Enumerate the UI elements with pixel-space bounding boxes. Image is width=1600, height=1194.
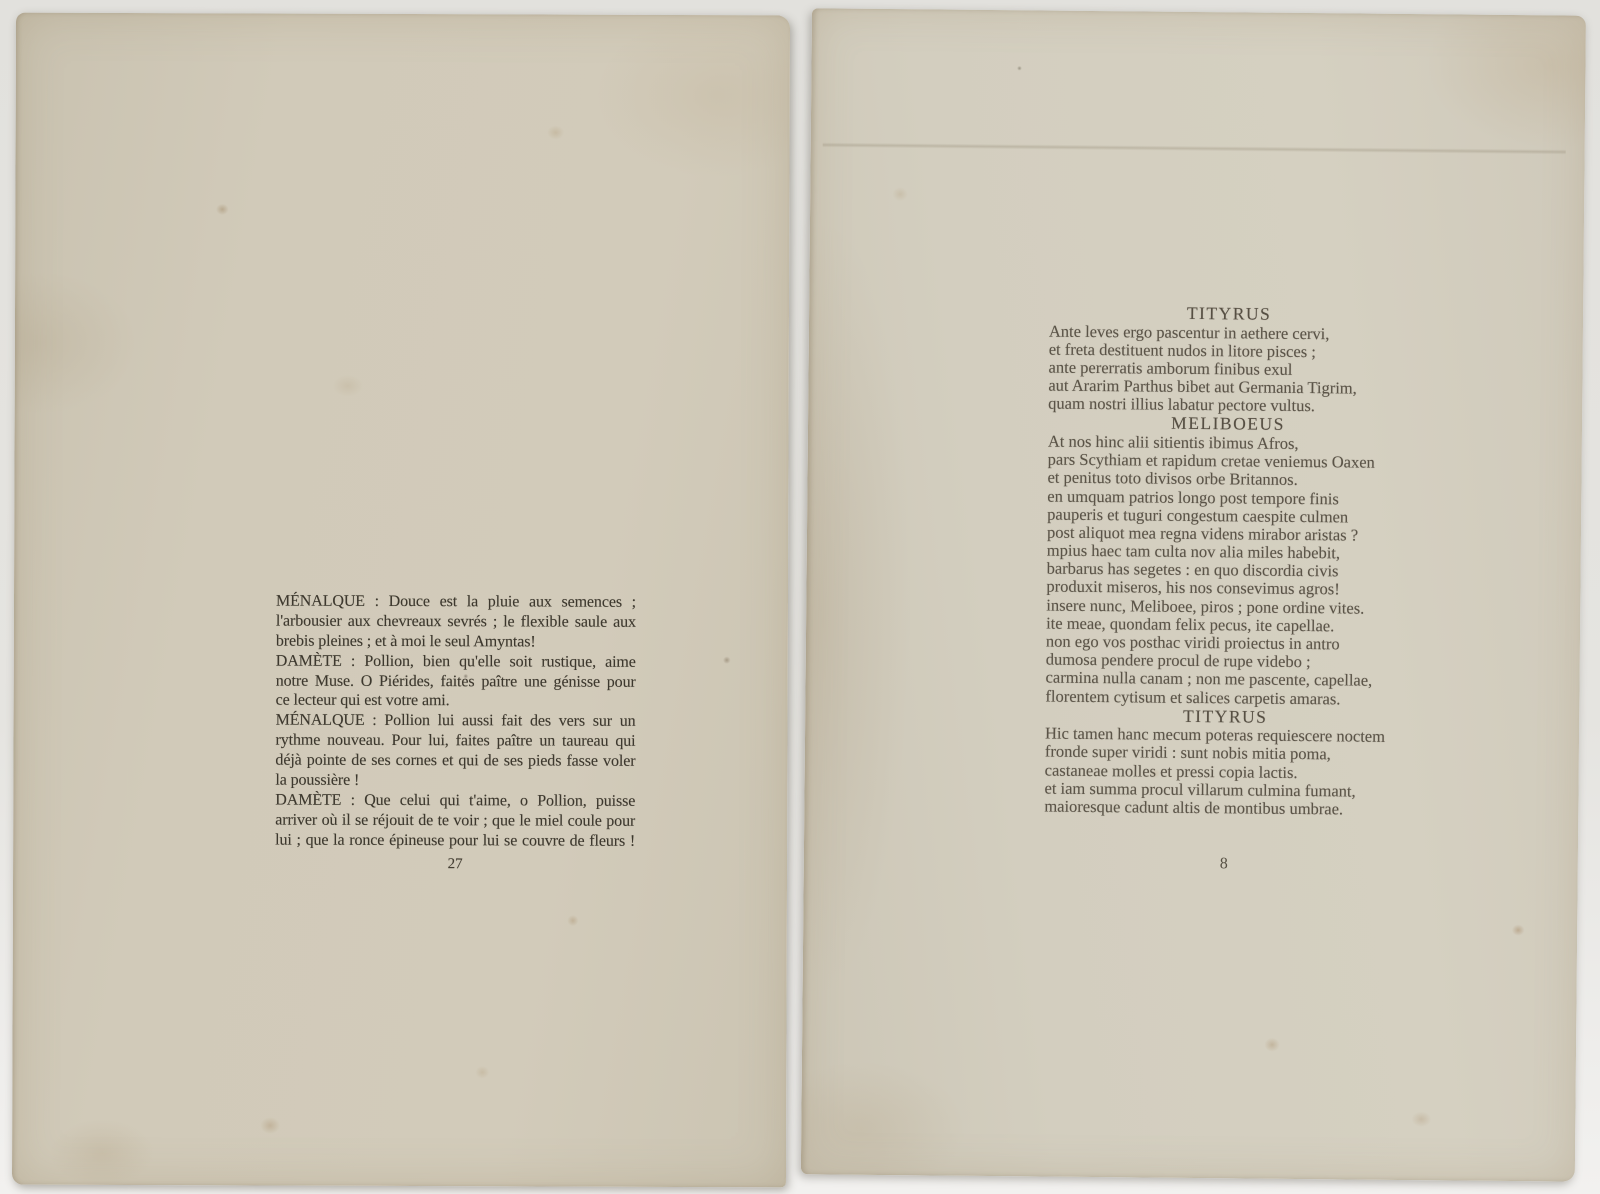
dialogue-line: notre Muse. O Piérides, faites paître un… [276,671,636,692]
dialogue-line: déjà pointe de ses cornes et qui de ses … [275,751,635,772]
dialogue-line: la poussière ! [275,771,635,792]
dialogue-line: brebis pleines ; et à moi le seul Amynta… [276,631,636,652]
dialogue-line: lui ; que la ronce épineuse pour lui se … [275,830,635,851]
dialogue-line: arriver où il se réjouit de te voir ; qu… [275,810,635,831]
left-page-text-block: MÉNALQUE : Douce est la pluie aux semenc… [275,592,636,852]
verse-line: maioresque cadunt altis de montibus umbr… [1044,798,1404,820]
photo-background: MÉNALQUE : Douce est la pluie aux semenc… [0,0,1600,1194]
crease-line [823,142,1566,154]
dialogue-line: l'arbousier aux chevreaux sevrés ; le fl… [276,611,636,632]
right-page: TITYRUS Ante leves ergo pascentur in aet… [801,8,1586,1181]
dialogue-line: DAMÈTE : Que celui qui t'aime, o Pollion… [275,790,635,811]
page-number: 27 [275,856,635,874]
verse-line: florentem cytisum et salices carpetis am… [1045,687,1405,709]
page-number: 8 [1044,854,1404,875]
dialogue-line: ce lecteur qui est votre ami. [276,691,636,712]
left-page: MÉNALQUE : Douce est la pluie aux semenc… [12,13,790,1188]
right-page-text-block: TITYRUS Ante leves ergo pascentur in aet… [1044,303,1409,820]
dialogue-line: rythme nouveau. Pour lui, faites paître … [275,731,635,752]
dialogue-line: MÉNALQUE : Douce est la pluie aux semenc… [276,592,636,613]
dialogue-line: DAMÈTE : Pollion, bien qu'elle soit rust… [276,651,636,672]
dialogue-line: MÉNALQUE : Pollion lui aussi fait des ve… [276,711,636,732]
